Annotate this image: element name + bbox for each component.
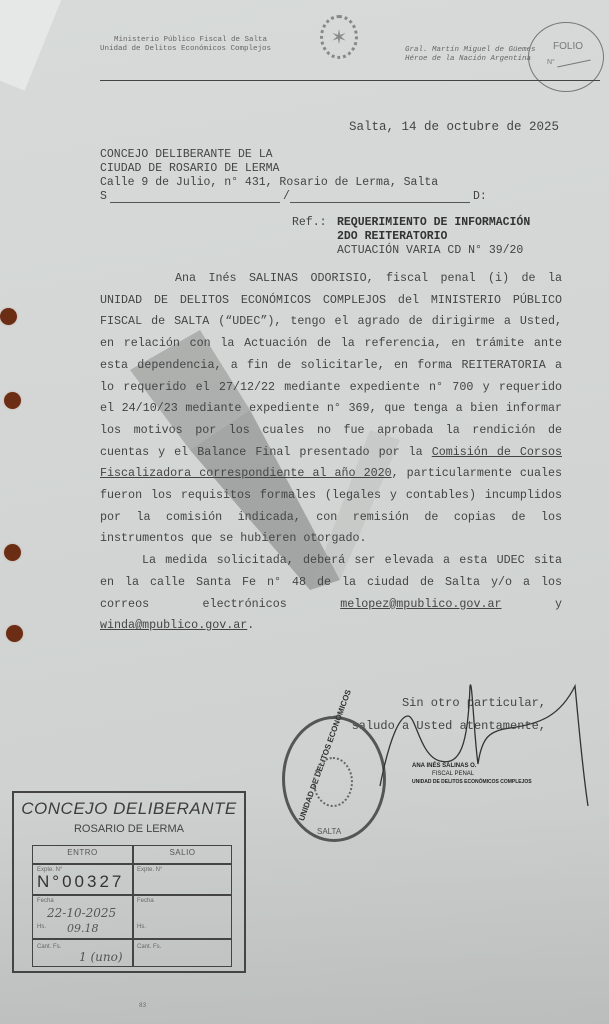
paragraph-text: y bbox=[502, 597, 562, 611]
document-page: Ministerio Público Fiscal de Salta Unida… bbox=[0, 0, 609, 1024]
reception-stamp: CONCEJO DELIBERANTE ROSARIO DE LERMA ENT… bbox=[12, 791, 246, 973]
recipient-line: CONCEJO DELIBERANTE DE LA bbox=[100, 148, 438, 162]
cant-label-out: Cant. Fs. bbox=[137, 944, 161, 950]
grid-divider bbox=[33, 863, 231, 865]
header-motto: Gral. Martín Miguel de Güemes Héroe de l… bbox=[405, 46, 536, 64]
paragraph-text: . bbox=[247, 618, 254, 632]
fecha-value: 22-10-2025 bbox=[47, 906, 116, 920]
header-divider bbox=[100, 80, 600, 81]
header-institution-line1: Ministerio Público Fiscal de Salta bbox=[100, 36, 271, 45]
stamp-col-in: ENTRO bbox=[33, 848, 132, 857]
signer-title: FISCAL PENAL bbox=[412, 770, 532, 778]
stamp-subtitle: ROSARIO DE LERMA bbox=[14, 823, 244, 835]
fecha-label-out: Fecha bbox=[137, 898, 154, 904]
punch-hole bbox=[0, 308, 17, 325]
email-link[interactable]: winda@mpublico.gov.ar bbox=[100, 618, 247, 632]
folio-label: FOLIO bbox=[553, 41, 583, 52]
folded-corner bbox=[0, 0, 70, 91]
header-institution-line2: Unidad de Delitos Económicos Complejos bbox=[100, 45, 271, 54]
expte-label-out: Expte. N° bbox=[137, 867, 162, 873]
header-motto-line2: Héroe de la Nación Argentina bbox=[405, 55, 536, 64]
stamp-title: CONCEJO DELIBERANTE bbox=[14, 799, 244, 819]
paragraph-delivery: La medida solicitada, deberá ser elevada… bbox=[100, 550, 562, 637]
folio-number-label: N° bbox=[547, 59, 555, 66]
grid-divider bbox=[33, 894, 231, 896]
coat-of-arms-icon: ✶ bbox=[320, 15, 358, 59]
signer-unit: UNIDAD DE DELITOS ECONÓMICOS COMPLEJOS bbox=[412, 778, 532, 786]
header-institution: Ministerio Público Fiscal de Salta Unida… bbox=[100, 36, 271, 54]
fecha-label-in: Fecha bbox=[37, 898, 54, 904]
hs-label-out: Hs. bbox=[137, 924, 146, 930]
email-link[interactable]: melopez@mpublico.gov.ar bbox=[340, 597, 501, 611]
cant-label-in: Cant. Fs. bbox=[37, 944, 61, 950]
hs-label-in: Hs. bbox=[37, 924, 46, 930]
folio-stamp: FOLIO N° bbox=[528, 22, 604, 92]
reference-case-number: ACTUACIÓN VARIA CD N° 39/20 bbox=[292, 244, 530, 258]
underline bbox=[290, 202, 470, 203]
salutation-slash: / bbox=[283, 190, 290, 203]
footer-mark: 83 bbox=[139, 1002, 146, 1009]
expte-number: N°00327 bbox=[37, 872, 124, 892]
reference-reiteration: 2DO REITERATORIO bbox=[337, 230, 447, 243]
salutation-s: S bbox=[100, 190, 107, 203]
reference-subject: REQUERIMIENTO DE INFORMACIÓN bbox=[337, 216, 530, 229]
stamp-col-out: SALIO bbox=[133, 848, 232, 857]
seal-city: SALTA bbox=[317, 827, 341, 836]
paragraph-text: Ana Inés SALINAS ODORISIO, fiscal penal … bbox=[100, 271, 562, 459]
recipient-line: CIUDAD DE ROSARIO DE LERMA bbox=[100, 162, 438, 176]
signer-name: ANA INÉS SALINAS O. bbox=[412, 762, 532, 770]
header-motto-line1: Gral. Martín Miguel de Güemes bbox=[405, 46, 536, 55]
recipient-block: CONCEJO DELIBERANTE DE LA CIUDAD DE ROSA… bbox=[100, 148, 438, 190]
punch-hole bbox=[4, 392, 21, 409]
folio-line bbox=[557, 59, 590, 67]
hs-value: 09.18 bbox=[67, 922, 99, 935]
stamp-grid: ENTRO SALIO Expte. N° Expte. N° N°00327 … bbox=[32, 845, 232, 967]
punch-hole bbox=[4, 544, 21, 561]
cant-value: 1 (uno) bbox=[79, 950, 123, 964]
salutation-d: D: bbox=[473, 190, 487, 203]
seal-emblem-icon bbox=[313, 757, 353, 807]
recipient-line: Calle 9 de Julio, n° 431, Rosario de Ler… bbox=[100, 176, 438, 190]
signature-scribble bbox=[350, 676, 590, 816]
underline bbox=[110, 202, 280, 203]
signature-block: ANA INÉS SALINAS O. FISCAL PENAL UNIDAD … bbox=[412, 762, 532, 786]
letter-body: Ana Inés SALINAS ODORISIO, fiscal penal … bbox=[100, 268, 562, 637]
reference-block: Ref.:REQUERIMIENTO DE INFORMACIÓN 2DO RE… bbox=[292, 216, 530, 258]
letter-date: Salta, 14 de octubre de 2025 bbox=[349, 120, 559, 134]
reference-label: Ref.: bbox=[292, 216, 337, 230]
grid-divider bbox=[33, 938, 231, 940]
punch-hole bbox=[6, 625, 23, 642]
paragraph-request: Ana Inés SALINAS ODORISIO, fiscal penal … bbox=[100, 268, 562, 550]
